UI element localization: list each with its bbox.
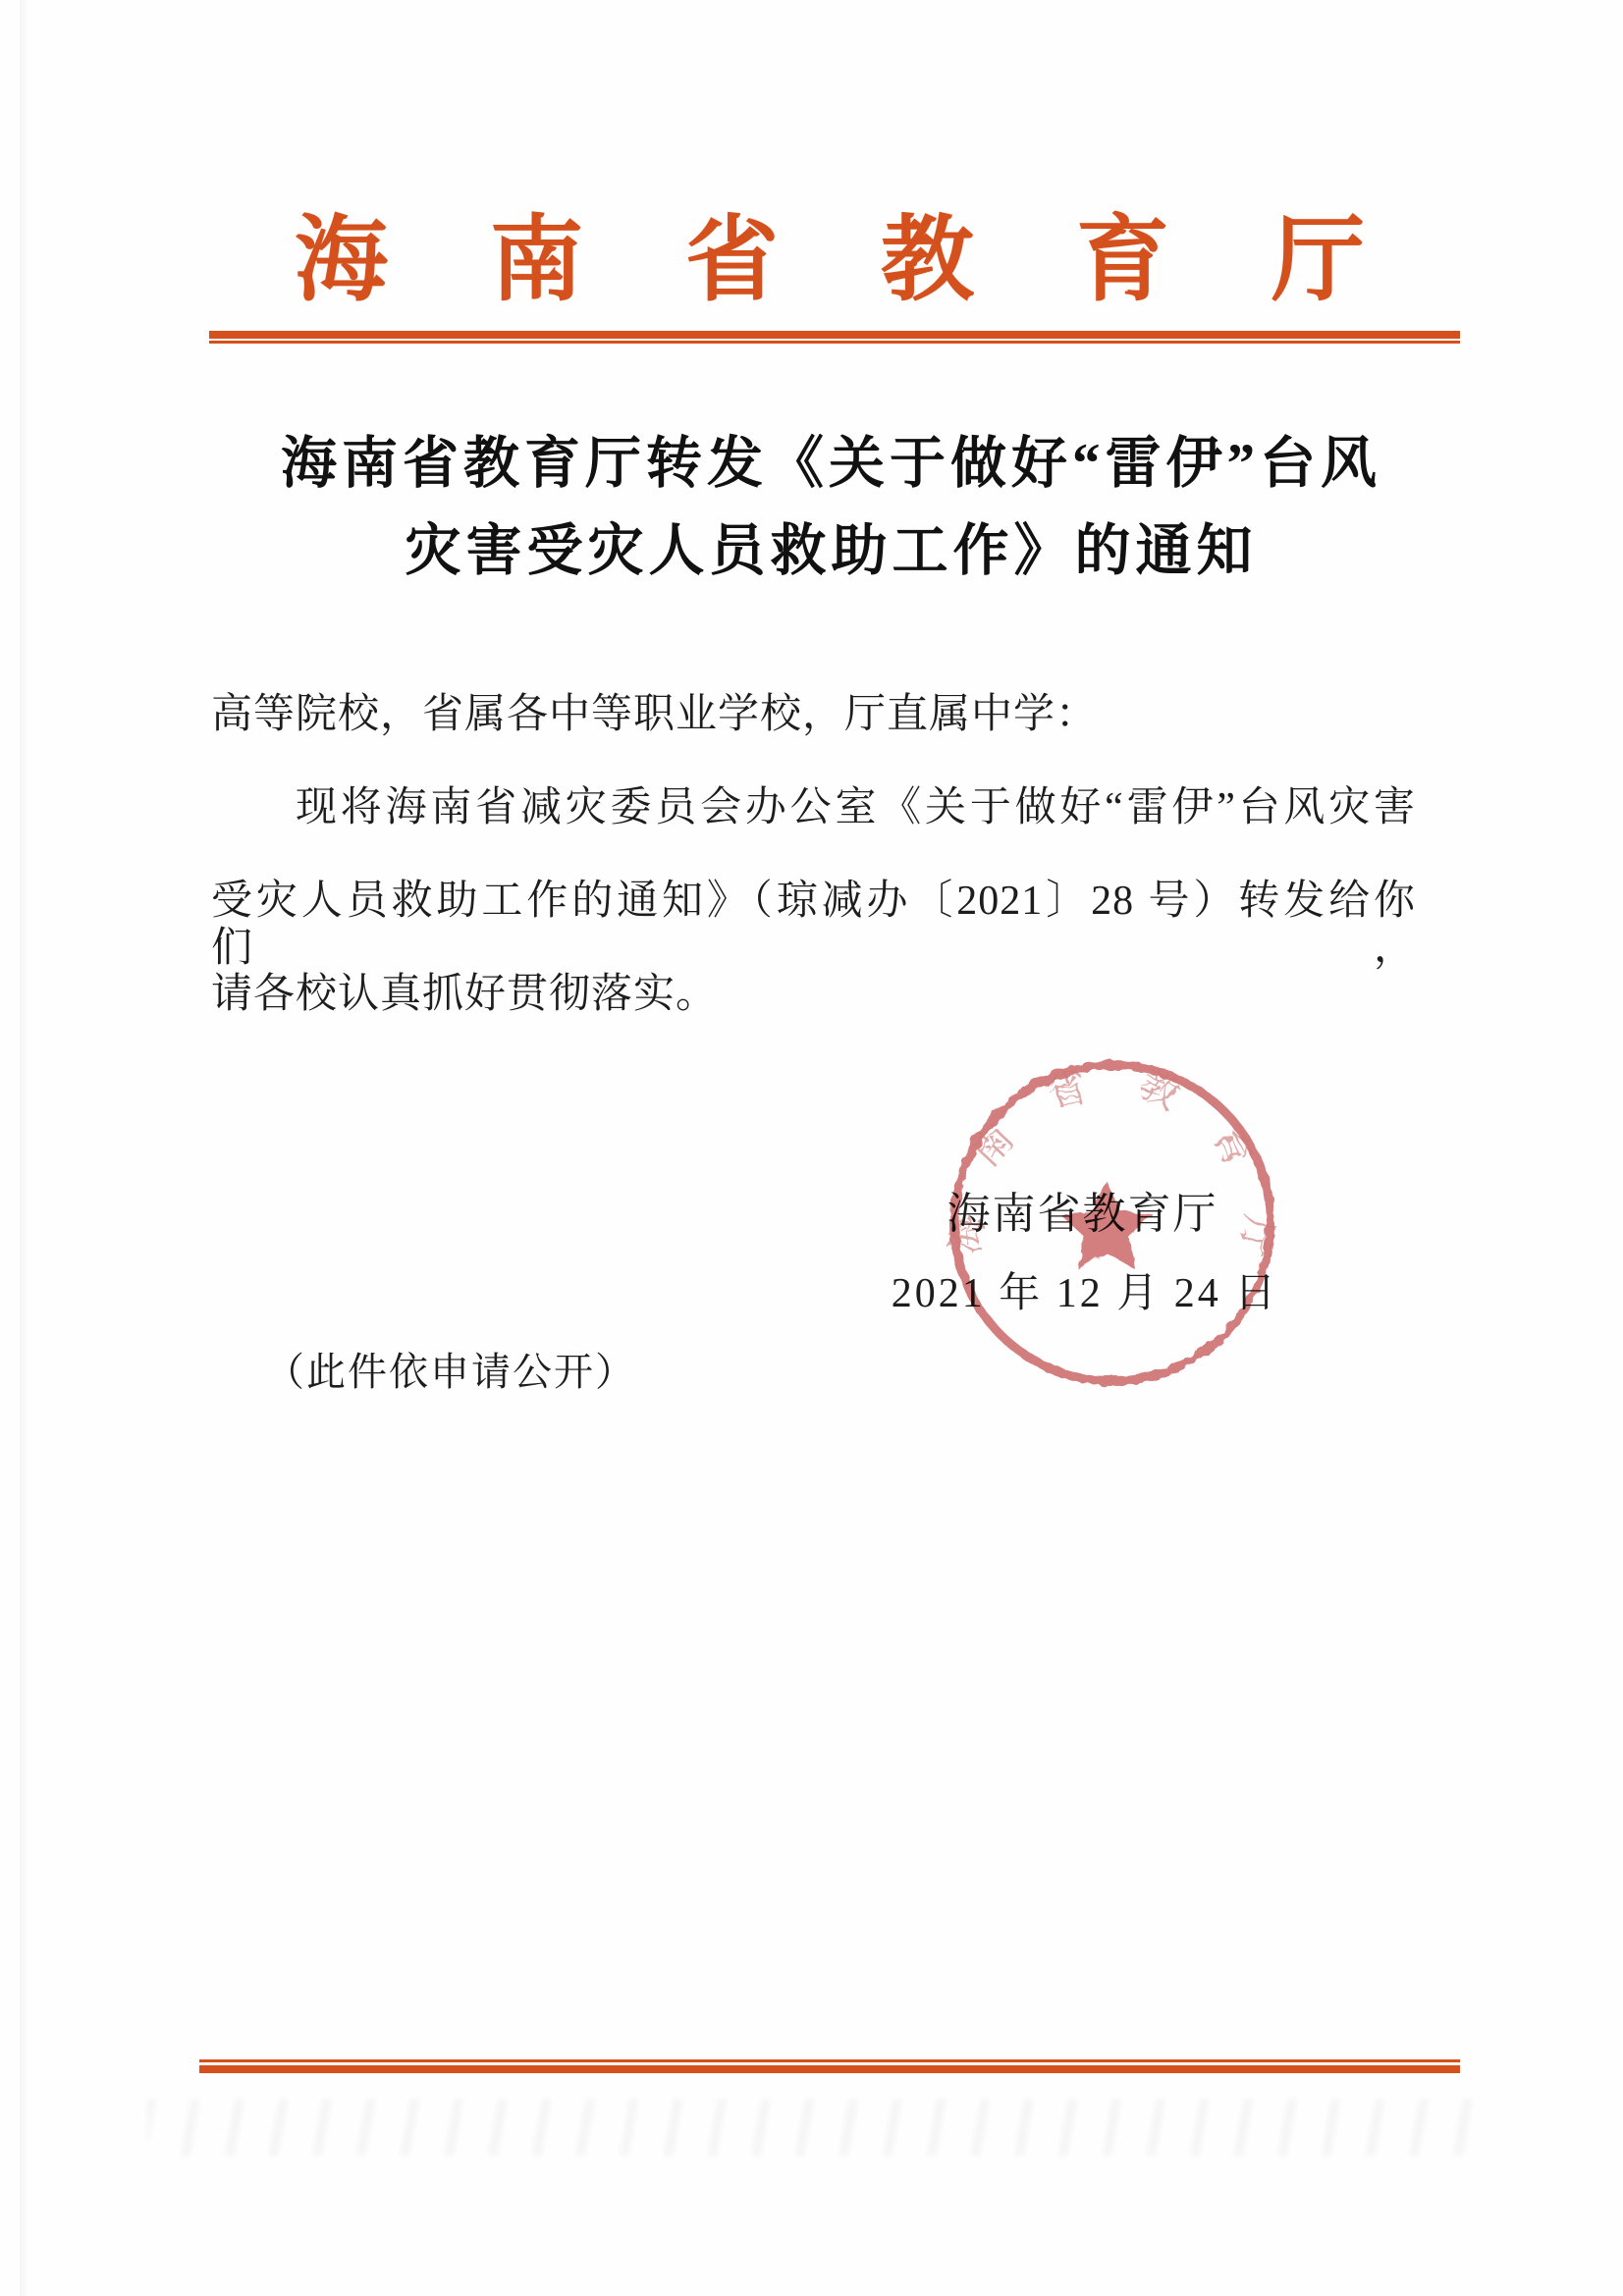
paragraph-line-1: 现将海南省减灾委员会办公室《关于做好“雷伊”台风灾害	[211, 784, 1416, 831]
footer-double-rule-bottom	[199, 2059, 1460, 2073]
salutation-line: 高等院校，省属各中等职业学校，厅直属中学：	[211, 691, 1416, 738]
page-bleedthrough-artifact	[147, 2099, 1492, 2156]
signature-agency-name: 海南省教育厅	[913, 1191, 1252, 1238]
document-page: 海南省教育厅 海南省教育厅转发《关于做好“雷伊”台风 灾害受灾人员救助工作》的通…	[0, 0, 1623, 2296]
scan-artifact-streak	[20, 0, 27, 2296]
seal-arc-text: 海南省教育厅	[944, 1057, 1281, 1305]
rule-thick-bar	[209, 331, 1460, 339]
paragraph-line-2: 受灾人员救助工作的通知》（琼减办〔2021〕28 号）转发给你们，	[211, 878, 1416, 972]
document-title-line1: 海南省教育厅转发《关于做好“雷伊”台风	[0, 420, 1623, 507]
rule-thin-bar	[209, 341, 1460, 344]
signature-date: 2021 年 12 月 24 日	[889, 1271, 1281, 1316]
document-title-line2: 灾害受灾人员救助工作》的通知	[0, 507, 1623, 595]
paragraph-line-3: 请各校认真抓好贯彻落实。	[211, 971, 1416, 1018]
document-title: 海南省教育厅转发《关于做好“雷伊”台风 灾害受灾人员救助工作》的通知	[0, 420, 1623, 595]
letterhead-double-rule-top	[209, 331, 1460, 344]
letterhead-agency-name: 海南省教育厅	[295, 211, 1467, 309]
rule-thick-bar	[199, 2065, 1460, 2073]
disclosure-note: （此件依申请公开）	[265, 1350, 636, 1395]
